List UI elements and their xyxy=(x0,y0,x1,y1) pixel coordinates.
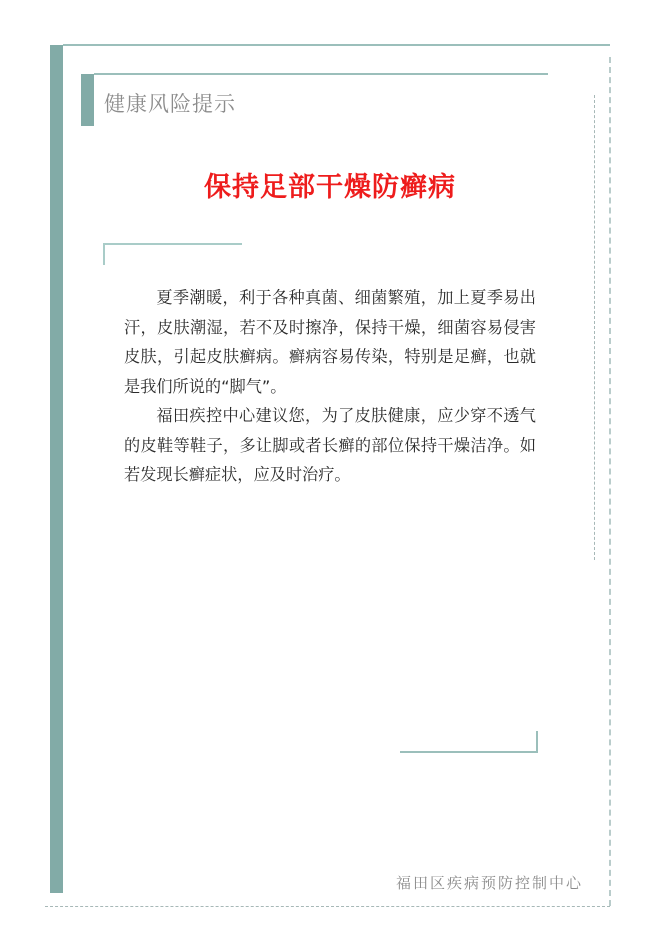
corner-bracket-bottom-right-vertical xyxy=(536,731,538,753)
corner-bracket-top-left xyxy=(103,243,242,245)
footer-organization: 福田区疾病预防控制中心 xyxy=(396,872,583,893)
body-text: 夏季潮暖，利于各种真菌、细菌繁殖，加上夏季易出汗，皮肤潮湿，若不及时擦净，保持干… xyxy=(124,283,536,490)
corner-bracket-bottom-right xyxy=(400,751,538,753)
top-border-line xyxy=(63,44,610,46)
bottom-dashed-border xyxy=(45,906,610,907)
paragraph: 夏季潮暖，利于各种真菌、细菌繁殖，加上夏季易出汗，皮肤潮湿，若不及时擦净，保持干… xyxy=(124,283,536,401)
section-title-bar xyxy=(81,74,94,126)
headline: 保持足部干燥防癣病 xyxy=(0,165,660,204)
corner-bracket-top-left-vertical xyxy=(103,243,105,265)
section-title-line xyxy=(94,73,548,75)
paragraph: 福田疾控中心建议您，为了皮肤健康，应少穿不透气的皮鞋等鞋子，多让脚或者长癣的部位… xyxy=(124,401,536,490)
section-title: 健康风险提示 xyxy=(104,88,236,118)
